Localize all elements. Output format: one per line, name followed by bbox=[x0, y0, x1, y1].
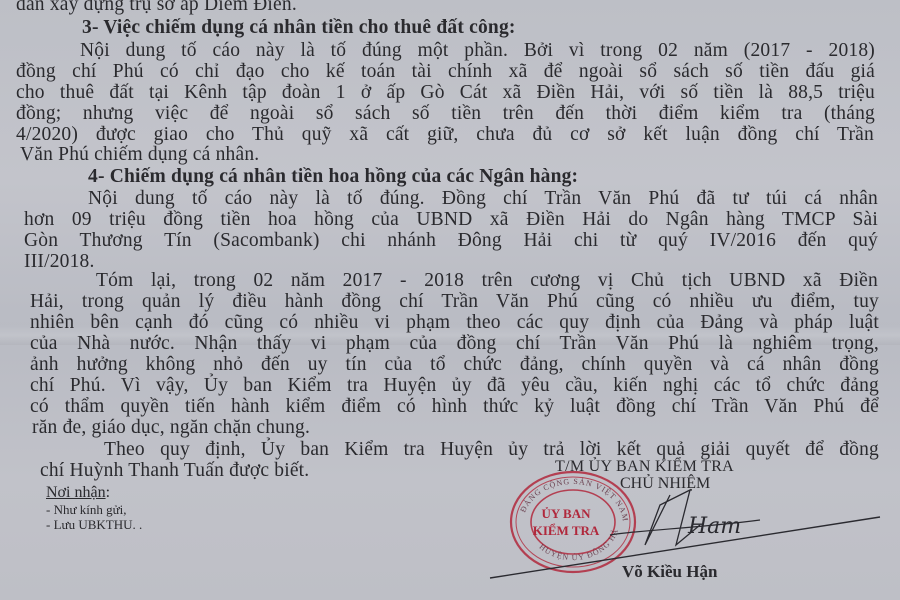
intro-tail: dân xây dựng trụ sở ấp Diêm Điền. bbox=[16, 0, 297, 16]
section-3-line: cho thuê đất tại Kênh tập đoàn 1 ở ấp Gò… bbox=[16, 82, 875, 104]
summary-line: có thẩm quyền tiến hành kiểm điểm có hìn… bbox=[30, 396, 879, 418]
section-3-line: 4/2020) được giao cho Thủ quỹ xã cất giữ… bbox=[16, 124, 874, 146]
summary-line: Tóm lại, trong 02 năm 2017 - 2018 trên c… bbox=[96, 270, 878, 292]
section-4-line: hơn 09 triệu đồng tiền hoa hồng của UBND… bbox=[24, 209, 878, 231]
section-3-line: Nội dung tố cáo này là tố đúng một phần.… bbox=[80, 40, 875, 62]
section-3-line: Văn Phú chiếm dụng cá nhân. bbox=[20, 144, 259, 166]
recipient-item: - Lưu UBKTHU. . bbox=[46, 517, 142, 533]
section-3-line: đồng; nhưng việc để ngoài sổ sách số tiề… bbox=[16, 103, 875, 125]
summary-line: chí Phú. Vì vậy, Ủy ban Kiểm tra Huyện ủ… bbox=[30, 375, 879, 397]
section-3-heading: 3- Việc chiếm dụng cá nhân tiền cho thuê… bbox=[82, 17, 742, 39]
closing-line: Theo quy định, Ủy ban Kiểm tra Huyện ủy … bbox=[104, 439, 879, 461]
section-4-line: Gòn Thương Tín (Sacombank) chi nhánh Đôn… bbox=[24, 230, 878, 252]
signature-position: CHỦ NHIỆM bbox=[620, 475, 710, 493]
recipient-item: - Như kính gửi, bbox=[46, 502, 127, 518]
summary-line: ảnh hưởng không nhỏ đến uy tín của tổ ch… bbox=[30, 354, 879, 376]
summary-line: nhiên bên cạnh đó cũng có nhiều vi phạm … bbox=[30, 312, 879, 334]
recipients-title: Nơi nhận: bbox=[46, 484, 110, 502]
section-3-line: đồng chí Phú có chỉ đạo cho kế toán tài … bbox=[16, 61, 875, 83]
section-4-line: Nội dung tố cáo này là tố đúng. Đồng chí… bbox=[88, 188, 878, 210]
document-page: dân xây dựng trụ sở ấp Diêm Điền. 3- Việ… bbox=[0, 0, 900, 600]
summary-line: răn đe, giáo dục, ngăn chặn chung. bbox=[32, 417, 310, 439]
stamp-center-line1: ỦY BAN bbox=[542, 506, 592, 521]
official-stamp: ĐẢNG CỘNG SẢN VIỆT NAM HUYỆN ỦY ĐÔNG HẢI… bbox=[508, 468, 638, 576]
closing-line: chí Huỳnh Thanh Tuấn được biết. bbox=[40, 460, 309, 482]
signature-on-behalf: T/M ỦY BAN KIỂM TRA bbox=[555, 458, 734, 476]
signer-name: Võ Kiều Hận bbox=[622, 562, 717, 582]
signature-scrawl: Ham bbox=[687, 514, 741, 539]
stamp-center-line2: KIỂM TRA bbox=[533, 523, 600, 538]
section-4-heading: 4- Chiếm dụng cá nhân tiền hoa hồng của … bbox=[88, 166, 578, 188]
summary-line: của Nhà nước. Nhận thấy vi phạm của đồng… bbox=[30, 333, 879, 355]
summary-line: Hải, trong quản lý điều hành đồng chí Tr… bbox=[30, 291, 879, 313]
section-4-line: III/2018. bbox=[24, 251, 95, 273]
